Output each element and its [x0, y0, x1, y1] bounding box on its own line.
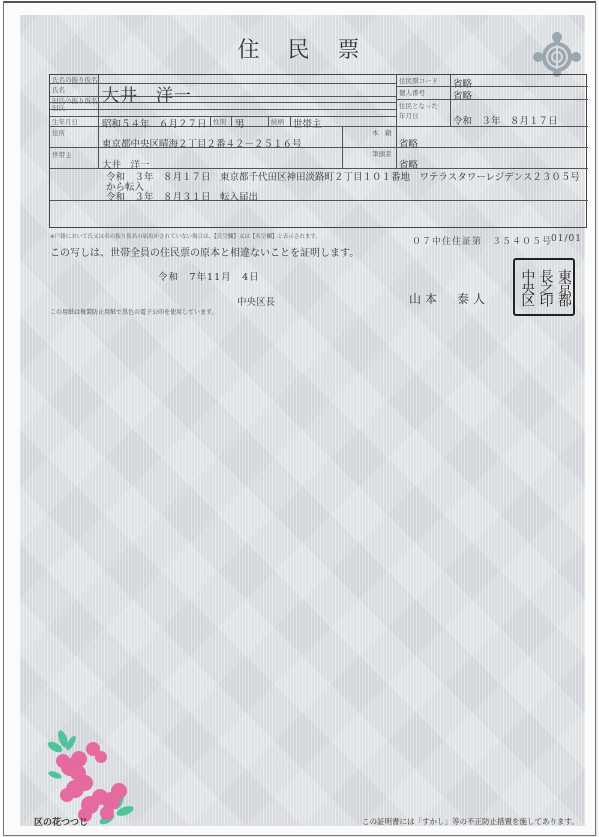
- seal-column: 中央区: [517, 262, 534, 312]
- seal-column: 長之印: [535, 262, 552, 312]
- history-line: 令和 ３年 ８月３１日 転入届出: [106, 189, 258, 203]
- value-individual-number: 省略: [453, 88, 472, 102]
- label-head-of-household: 世帯主: [52, 150, 72, 159]
- mayor-title: 中央区長: [237, 294, 275, 308]
- mayor-name: 山本 泰人: [409, 290, 489, 307]
- value-sex: 男: [235, 116, 245, 130]
- ward-emblem-icon: [533, 31, 581, 77]
- label-resident-code: 住民票コード: [399, 76, 438, 85]
- label-family-head: 筆頭者: [372, 149, 392, 158]
- label-relationship: 続柄: [271, 117, 284, 126]
- certificate-number: ０７中住住証第 ３５４０５号: [412, 234, 552, 247]
- issue-date: 令和 7年11月 4日: [158, 269, 260, 283]
- label-became-resident-2: 年月日: [399, 111, 419, 120]
- label-former-name: 旧氏: [52, 103, 65, 112]
- value-birth-date: 昭和５４年 ６月２７日: [102, 116, 207, 130]
- footnote: ※戸籍において氏又は名の振り仮名の届出がされていない場合は、【氏空欄】又は【名空…: [50, 232, 321, 240]
- value-relationship: 世帯主: [293, 116, 322, 130]
- value-became-resident-date: 令和 ３年 ８月１７日: [453, 113, 558, 127]
- record-table: 氏名の振り仮名 氏名 旧氏の振り仮名 旧氏 生年月日 性別 続柄 住所 世帯主 …: [49, 74, 587, 228]
- label-birth-date: 生年月日: [52, 117, 78, 126]
- official-seal: 中央区 長之印 東京都: [513, 258, 575, 316]
- value-registered-domicile: 省略: [399, 136, 418, 150]
- document-title: 住民票: [20, 33, 585, 64]
- azalea-flower-icon: [45, 727, 140, 827]
- paper-note: この用紙は複製防止用紙で黒色の電子公印を使用しています。: [50, 307, 218, 316]
- label-sex: 性別: [213, 117, 226, 126]
- label-registered-domicile: 本 籍: [372, 128, 392, 137]
- value-address: 東京都中央区晴海２丁目２番４２－２５１６号: [102, 136, 302, 150]
- label-name-kana: 氏名の振り仮名: [52, 75, 98, 84]
- certificate-paper: 住民票: [20, 15, 585, 826]
- page-number: 01/01: [551, 234, 582, 244]
- security-note: この証明書には「すかし」等の不正防止措置を施してあります。: [362, 816, 579, 827]
- label-address: 住所: [52, 128, 65, 137]
- value-name: 大井 洋一: [102, 81, 192, 106]
- label-individual-number: 個人番号: [399, 88, 425, 97]
- ward-flower-label: 区の花つつじ: [34, 815, 88, 828]
- label-name: 氏名: [52, 85, 65, 94]
- seal-column: 東京都: [554, 262, 571, 312]
- label-became-resident-1: 住民となった: [399, 101, 438, 110]
- certification-statement: この写しは、世帯全員の住民票の原本と相違ないことを証明します。: [50, 244, 359, 259]
- history-line: 令和 ３年 ８月１７日 東京都千代田区神田淡路町２丁目１０１番地 ワテラスタワー…: [106, 169, 580, 183]
